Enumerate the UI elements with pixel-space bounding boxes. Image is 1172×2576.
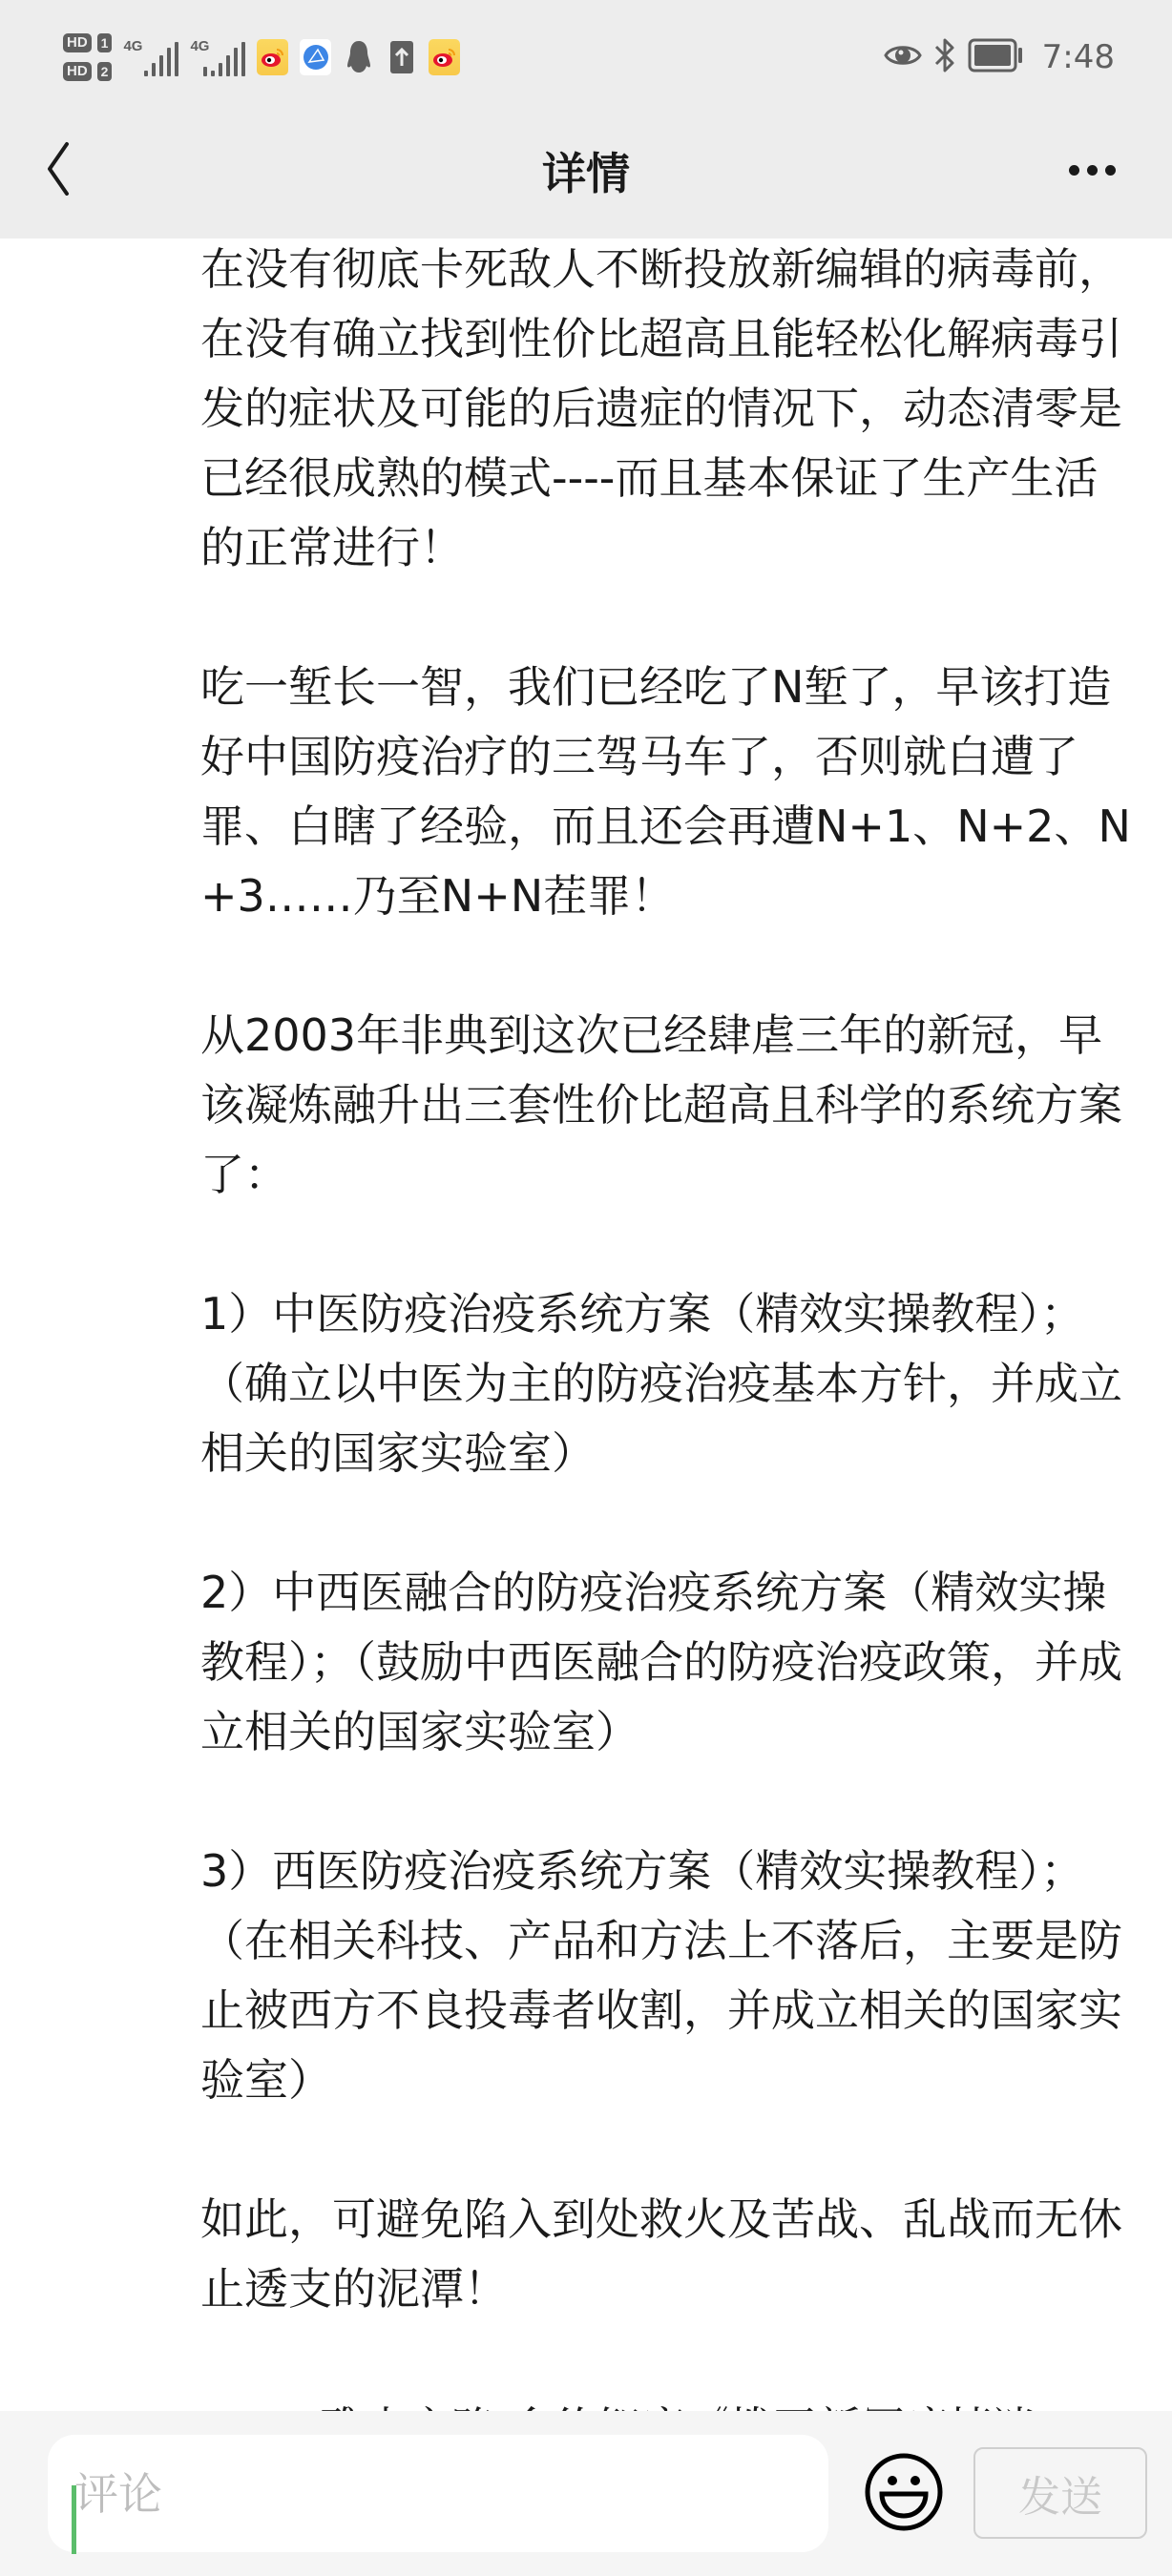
sim-number: 2 bbox=[97, 62, 113, 81]
sim-indicators: HD 1 HD 2 bbox=[63, 33, 112, 81]
more-dot bbox=[1105, 165, 1116, 176]
weibo-icon bbox=[429, 39, 460, 75]
eye-comfort-icon bbox=[884, 40, 922, 74]
article-paragraph-list-item: 1）中医防疫治疫系统方案（精效实操教程）；（确立以中医为主的防疫治疫基本方针，并… bbox=[200, 1279, 1141, 1488]
sim2-indicator: HD 2 bbox=[63, 62, 112, 81]
nav-bar: 详情 bbox=[0, 114, 1172, 239]
article-signature: 雅吉方略·乡约智库《拨开新冠疫情迷 bbox=[200, 2394, 1141, 2411]
hd-badge: HD bbox=[63, 33, 92, 52]
upload-icon bbox=[386, 39, 417, 75]
article-paragraph: 吃一堑长一智，我们已经吃了N堑了，早该打造好中国防疫治疗的三驾马车了，否则就白遭… bbox=[200, 653, 1141, 931]
smiley-icon bbox=[863, 2519, 945, 2537]
emoji-button[interactable] bbox=[863, 2451, 945, 2533]
hd-badge: HD bbox=[63, 62, 92, 81]
article-body: 在没有彻底卡死敌人不断投放新编辑的病毒前，在没有确立找到性价比超高且能轻松化解病… bbox=[200, 239, 1141, 2411]
sim1-indicator: HD 1 bbox=[63, 33, 112, 52]
battery-icon bbox=[968, 36, 1025, 78]
sim-number: 1 bbox=[97, 33, 113, 52]
more-horizontal-icon bbox=[1069, 165, 1079, 176]
article-paragraph: 如此，可避免陷入到处救火及苦战、乱战而无休止透支的泥潭！ bbox=[200, 2185, 1141, 2324]
status-bar-left: HD 1 HD 2 4G 4G bbox=[63, 33, 460, 81]
article-paragraph: 在没有彻底卡死敌人不断投放新编辑的病毒前，在没有确立找到性价比超高且能轻松化解病… bbox=[200, 239, 1141, 583]
article-paragraph: 从2003年非典到这次已经肆虐三年的新冠，早该凝炼融升出三套性价比超高且科学的系… bbox=[200, 1001, 1141, 1210]
status-bar-right: 7:48 bbox=[884, 35, 1115, 79]
clock: 7:48 bbox=[1042, 38, 1115, 76]
page-title: 详情 bbox=[0, 139, 1172, 202]
status-bar: HD 1 HD 2 4G 4G bbox=[0, 0, 1172, 114]
more-dot bbox=[1087, 165, 1098, 176]
signal-strength-icon: 4G bbox=[123, 38, 178, 76]
comment-bar: 发送 bbox=[0, 2411, 1172, 2576]
browser-icon bbox=[300, 39, 331, 75]
signal-strength-icon: 4G bbox=[190, 38, 245, 76]
article-paragraph-list-item: 3）西医防疫治疫系统方案（精效实操教程）；（在相关科技、产品和方法上不落后，主要… bbox=[200, 1837, 1141, 2115]
text-caret bbox=[72, 2485, 76, 2554]
bluetooth-icon bbox=[933, 35, 956, 79]
qq-icon bbox=[343, 39, 374, 75]
more-button[interactable] bbox=[1057, 151, 1126, 189]
network-type-label: 4G bbox=[123, 38, 142, 54]
article-paragraph-list-item: 2）中西医融合的防疫治疫系统方案（精效实操教程）；（鼓励中西医融合的防疫治疫政策… bbox=[200, 1558, 1141, 1767]
comment-input[interactable] bbox=[48, 2435, 828, 2552]
send-button[interactable]: 发送 bbox=[973, 2447, 1147, 2539]
weibo-icon bbox=[257, 39, 288, 75]
